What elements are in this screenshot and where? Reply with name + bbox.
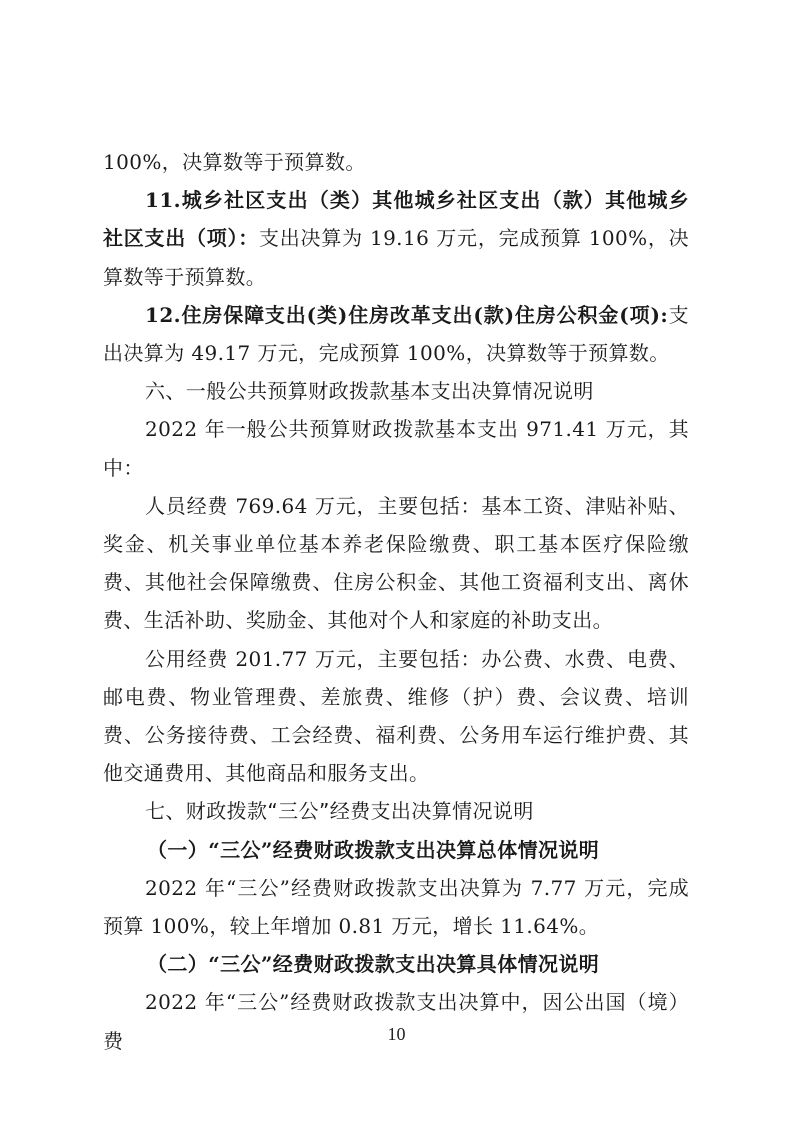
section-heading-7: 七、财政拨款“三公”经费支出决算情况说明: [103, 792, 689, 830]
paragraph-personnel-expenses: 人员经费 769.64 万元，主要包括：基本工资、津贴补贴、奖金、机关事业单位基…: [103, 487, 689, 640]
paragraph-three-public-total: 2022 年“三公”经费财政拨款支出决算为 7.77 万元，完成预算 100%，…: [103, 869, 689, 945]
document-page: 100%，决算数等于预算数。 11.城乡社区支出（类）其他城乡社区支出（款）其他…: [0, 0, 793, 1122]
subsection-heading-2: （二）“三公”经费财政拨款支出决算具体情况说明: [103, 945, 689, 983]
item-12-heading: 12.住房保障支出(类)住房改革支出(款)住房公积金(项):: [145, 303, 668, 327]
paragraph-item-11: 11.城乡社区支出（类）其他城乡社区支出（款）其他城乡社区支出（项）：支出决算为…: [103, 181, 689, 296]
subsection-heading-1: （一）“三公”经费财政拨款支出决算总体情况说明: [103, 831, 689, 869]
page-number: 10: [0, 1024, 793, 1045]
paragraph-public-expenses: 公用经费 201.77 万元，主要包括：办公费、水费、电费、邮电费、物业管理费、…: [103, 640, 689, 793]
section-heading-6: 六、一般公共预算财政拨款基本支出决算情况说明: [103, 372, 689, 410]
paragraph-item-12: 12.住房保障支出(类)住房改革支出(款)住房公积金(项):支出决算为 49.1…: [103, 296, 689, 372]
paragraph-continuation: 100%，决算数等于预算数。: [103, 143, 689, 181]
document-body: 100%，决算数等于预算数。 11.城乡社区支出（类）其他城乡社区支出（款）其他…: [103, 143, 689, 1060]
paragraph-three-public-detail: 2022 年“三公”经费财政拨款支出决算中，因公出国（境）费: [103, 983, 689, 1059]
paragraph-basic-expenditure: 2022 年一般公共预算财政拨款基本支出 971.41 万元，其中：: [103, 410, 689, 486]
